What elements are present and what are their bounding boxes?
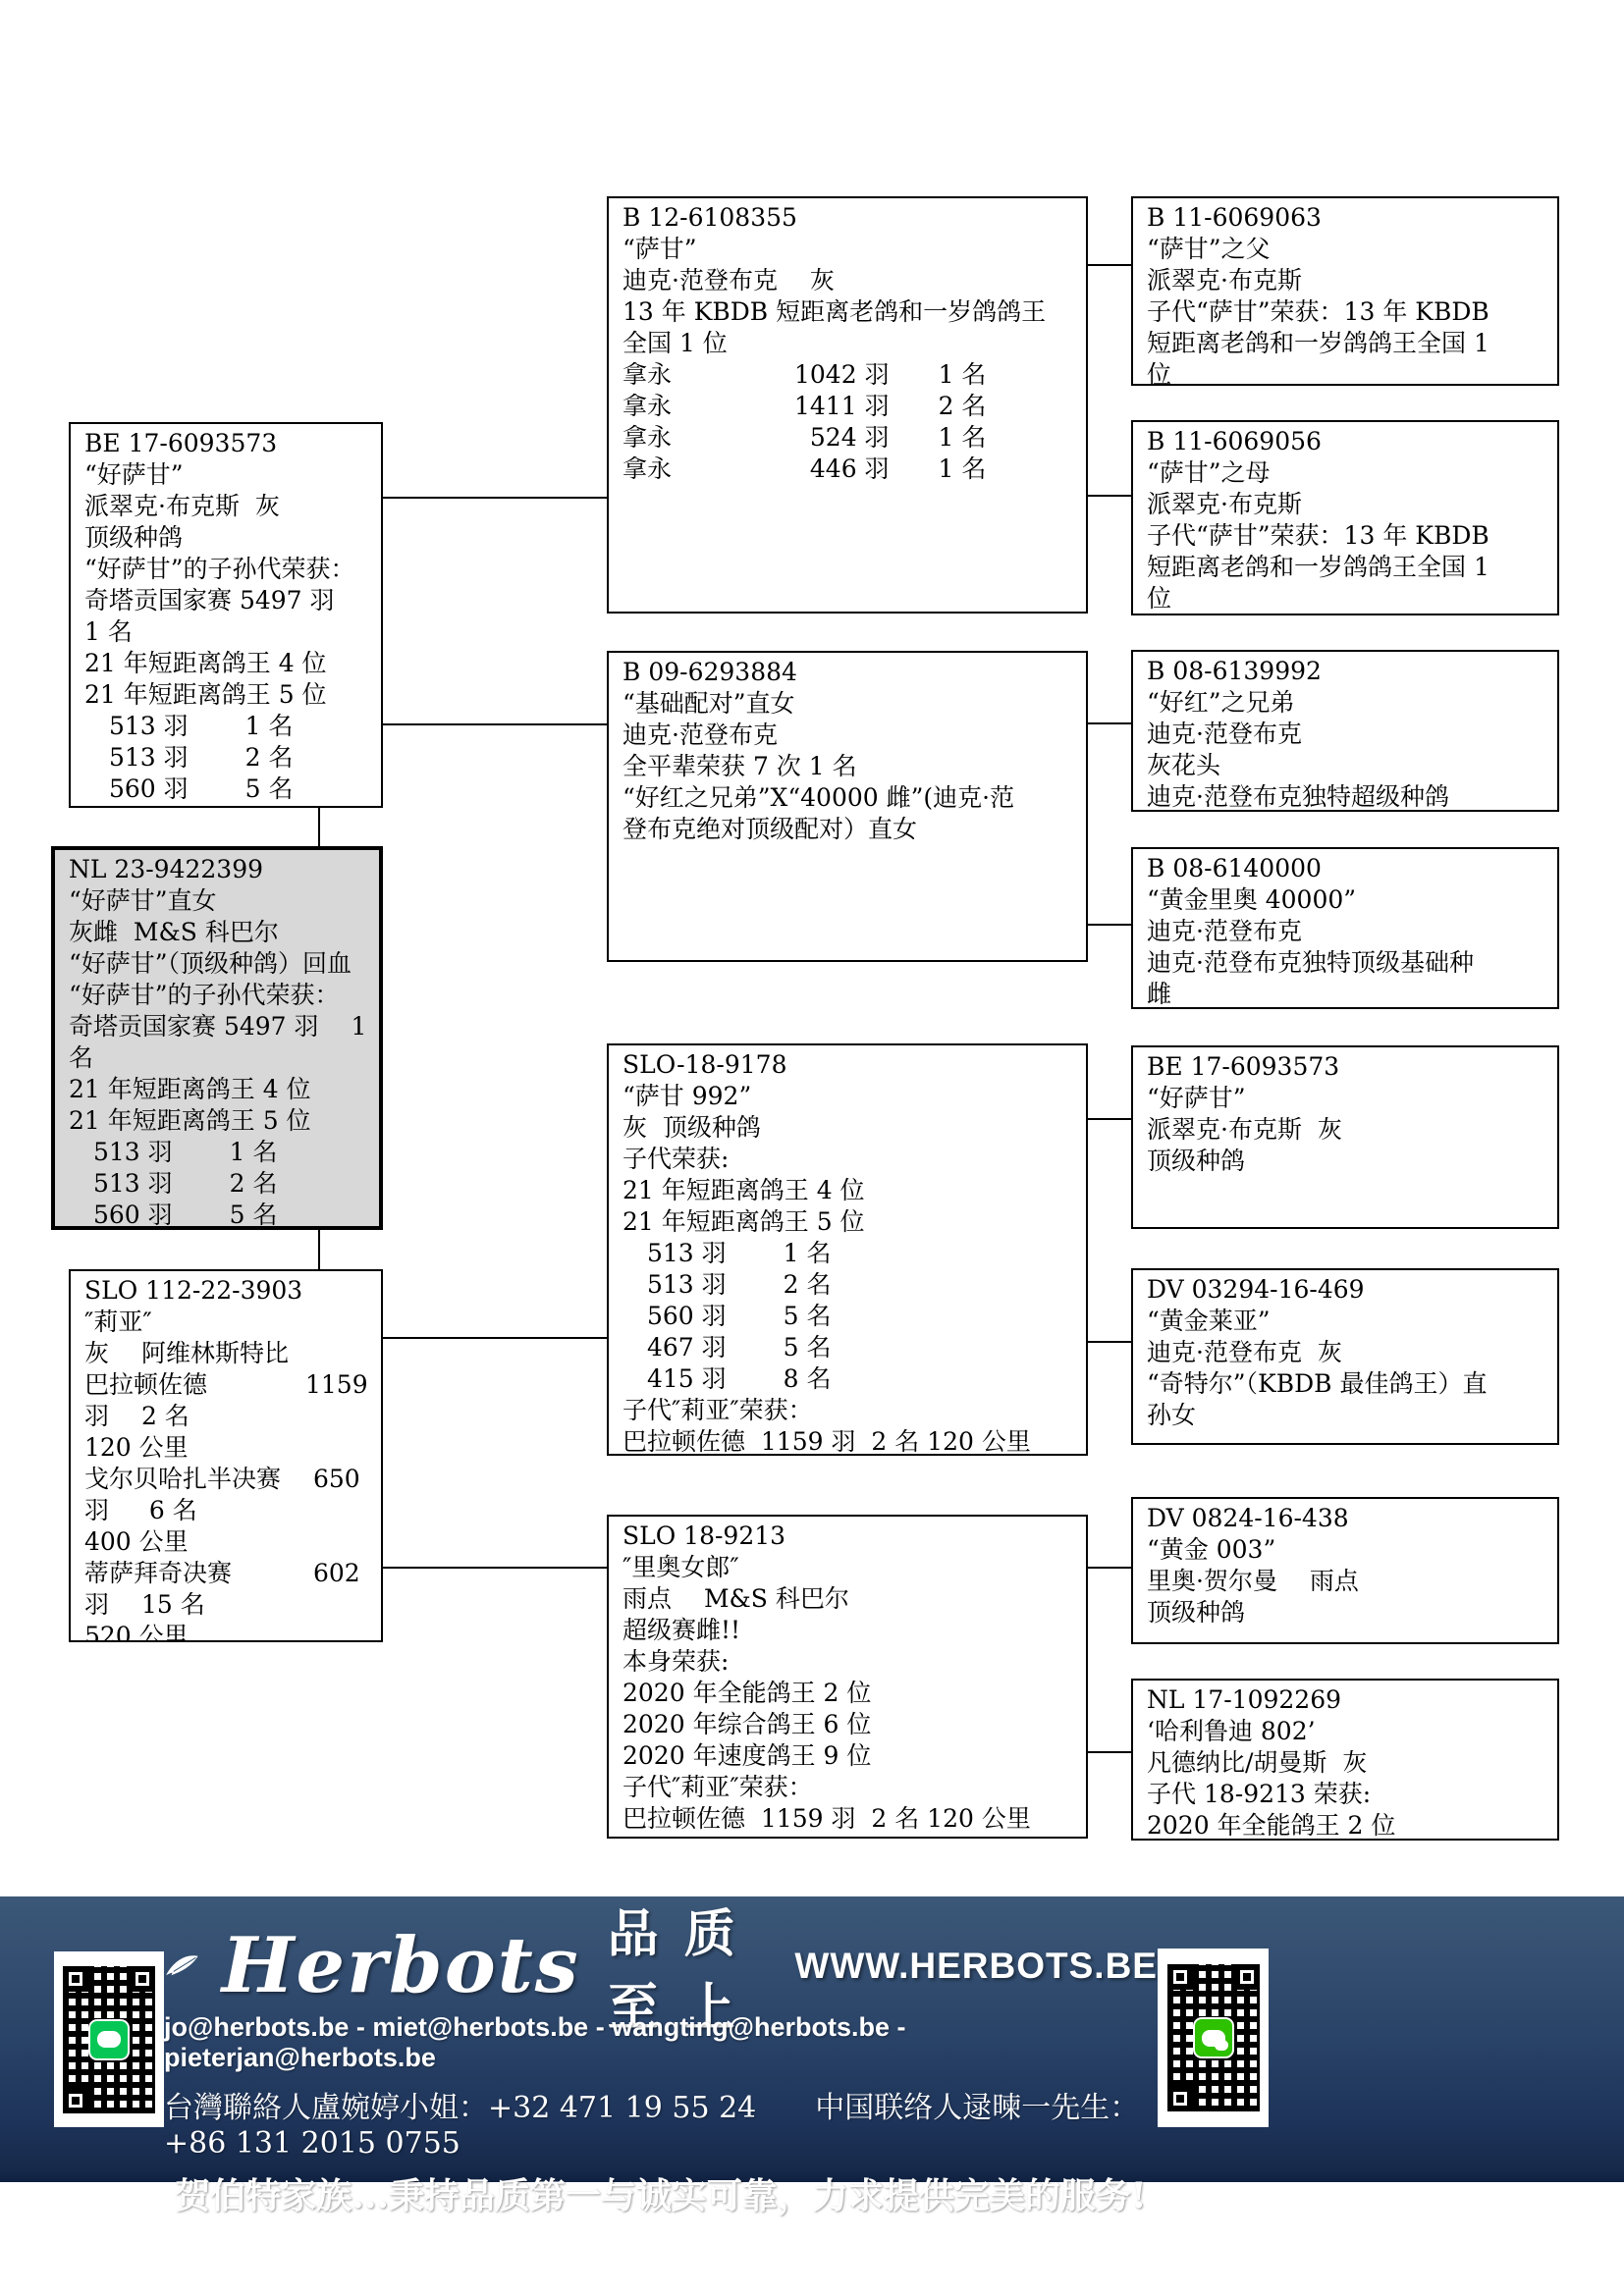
pedigree-text-line: 迪克·范登布克 (623, 720, 1078, 751)
pedigree-text-line: B 08-6139992 (1147, 656, 1549, 687)
pedigree-text-line: NL 23-9422399 (69, 854, 371, 885)
pedigree-box-dam-sire: SLO-18-9178“萨甘 992”灰 顶级种鸽子代荣获:21 年短距离鸽王 … (607, 1043, 1088, 1456)
pedigree-text-line: 513 羽 2 名 (623, 1269, 1078, 1301)
pedigree-text-line: 2020 年综合鸽王 6 位 (623, 1709, 1078, 1740)
pedigree-text-line: “好萨甘”直女 (69, 885, 371, 917)
pedigree-text-line: “好萨甘” (1147, 1083, 1549, 1114)
pedigree-text-line: 13 年 KBDB 短距离老鸽和一岁鸽鸽王 (623, 296, 1078, 328)
pedigree-text-line: 位 (1147, 359, 1549, 386)
pedigree-text-line: 520 公里 (84, 1621, 373, 1642)
pedigree-text-line: 迪克·范登布克 灰 (1147, 1337, 1549, 1368)
pedigree-box-sire: BE 17-6093573“好萨甘”派翠克·布克斯 灰顶级种鸽“好萨甘”的子孙代… (69, 422, 383, 808)
connector-grandsire-to-ggp5 (1088, 1118, 1131, 1120)
connector-sire-to-granddam (383, 723, 607, 725)
pedigree-text-line: B 09-6293884 (623, 657, 1078, 688)
pedigree-text-line: “黄金 003” (1147, 1534, 1549, 1566)
email-addresses: jo@herbots.be - miet@herbots.be - wangti… (164, 2012, 1158, 2073)
pedigree-text-line: 子代 18-9213 荣获: (1147, 1779, 1549, 1810)
pedigree-text-line: 灰雌 M&S 科巴尔 (69, 917, 371, 948)
pedigree-text-line: 513 羽 1 名 (69, 1137, 371, 1168)
pedigree-text-line: “萨甘”之母 (1147, 457, 1549, 489)
pedigree-box-dam-sire-dam: DV 03294-16-469“黄金莱亚”迪克·范登布克 灰“奇特尔”（KBDB… (1131, 1268, 1559, 1445)
pedigree-text-line: 本身荣获: (623, 1646, 1078, 1678)
connector-granddam-to-ggp7 (1088, 1567, 1131, 1569)
pedigree-text-line: 21 年短距离鸽王 5 位 (69, 1105, 371, 1137)
pedigree-text-line: ″莉亚″ (84, 1307, 373, 1338)
pedigree-text-line: 21 年短距离鸽王 5 位 (623, 1206, 1078, 1238)
connector-grandsire-to-ggp1 (1088, 264, 1131, 266)
pedigree-text-line: ″里奥女郎″ (623, 1552, 1078, 1583)
herbots-logo: Herbots (222, 1928, 580, 2004)
website-url: WWW.HERBOTS.BE (794, 1946, 1158, 1987)
pedigree-box-dam-dam-sire: DV 0824-16-438“黄金 003”里奥·贺尔曼 雨点顶级种鸽 (1131, 1497, 1559, 1644)
footer-content: Herbots 品质至上 WWW.HERBOTS.BE jo@herbots.b… (164, 1896, 1158, 2182)
pedigree-text-line: 短距离老鸽和一岁鸽鸽王全国 1 (1147, 552, 1549, 583)
pedigree-text-line: “萨甘” (623, 234, 1078, 265)
pedigree-text-line: “黄金里奥 40000” (1147, 884, 1549, 916)
pedigree-text-line: 派翠克·布克斯 灰 (84, 491, 373, 522)
pedigree-text-line: 513 羽 2 名 (84, 742, 373, 774)
pedigree-text-line: 全国 1 位 (623, 328, 1078, 359)
pedigree-text-line: 467 羽 5 名 (623, 1332, 1078, 1363)
pedigree-text-line: 巴拉顿佐德 1159 羽 2 名 (84, 1369, 373, 1432)
pedigree-text-line: 560 羽 5 名 (69, 1200, 371, 1230)
pedigree-text-line: 孙女 (1147, 1400, 1549, 1431)
footer-slogan: 贺伯特家族...秉持品质第一与诚实可靠，力求提供完美的服务! (175, 2168, 1146, 2218)
pedigree-text-line: 2020 年全能鸽王 2 位 (1147, 1810, 1549, 1841)
connector-grandsire-to-ggp2 (1088, 495, 1131, 497)
pedigree-text-line: 子代“萨甘”荣获：13 年 KBDB (1147, 520, 1549, 552)
pedigree-page: { "colors": { "box_border": "#000000", "… (0, 0, 1624, 2296)
contact-persons: 台灣聯絡人盧婉婷小姐：+32 471 19 55 24 中国联络人逯暕一先生：+… (164, 2083, 1158, 2161)
feather-icon (164, 1944, 200, 1989)
wechat-app-icon (1193, 2017, 1234, 2058)
pedigree-text-line: 拿永 524 羽 1 名 (623, 422, 1078, 454)
pedigree-text-line: 拿永 1042 羽 1 名 (623, 359, 1078, 391)
pedigree-text-line: 短距离老鸽和一岁鸽鸽王全国 1 (1147, 328, 1549, 359)
connector-dam-to-granddam (383, 1567, 607, 1569)
pedigree-text-line: 全平辈荣获 7 次 1 名 (623, 751, 1078, 782)
pedigree-text-line: 子代荣获: (623, 1144, 1078, 1175)
pedigree-box-subject: NL 23-9422399“好萨甘”直女灰雌 M&S 科巴尔“好萨甘”（顶级种鸽… (51, 846, 383, 1230)
pedigree-text-line: 560 羽 5 名 (623, 1301, 1078, 1332)
pedigree-text-line: BE 17-6093573 (1147, 1051, 1549, 1083)
footer-banner: Herbots 品质至上 WWW.HERBOTS.BE jo@herbots.b… (0, 1896, 1624, 2182)
connector-granddam-to-ggp8 (1088, 1751, 1131, 1753)
pedigree-text-line: “萨甘”之父 (1147, 234, 1549, 265)
connector-subject-to-dam (318, 1230, 320, 1269)
pedigree-text-line: 2020 年速度鸽王 9 位 (623, 1740, 1078, 1772)
pedigree-text-line: 拿永 1411 羽 2 名 (623, 391, 1078, 422)
pedigree-text-line: 467 羽 5 名 (84, 805, 373, 808)
pedigree-text-line: B 11-6069063 (1147, 202, 1549, 234)
pedigree-text-line: 拿永 446 羽 1 名 (623, 454, 1078, 485)
pedigree-text-line: 21 年短距离鸽王 5 位 (84, 679, 373, 711)
pedigree-text-line: 顶级种鸽 (1147, 1146, 1549, 1177)
connector-subject-to-sire (318, 808, 320, 846)
pedigree-text-line: 子代″莉亚″荣获： (623, 1772, 1078, 1803)
pedigree-text-line: 560 羽 5 名 (84, 774, 373, 805)
pedigree-text-line: ‘哈利鲁迪 802’ (1147, 1716, 1549, 1747)
pedigree-text-line: 513 羽 1 名 (623, 1238, 1078, 1269)
pedigree-text-line: 120 公里 (84, 1432, 373, 1464)
pedigree-text-line: 巴拉顿佐德 1159 羽 2 名 120 公里 (623, 1426, 1078, 1456)
connector-dam-to-grandsire (383, 1337, 607, 1339)
pedigree-text-line: 迪克·范登布克 灰 (623, 265, 1078, 296)
pedigree-text-line: B 08-6140000 (1147, 853, 1549, 884)
pedigree-text-line: 迪克·范登布克 (1147, 719, 1549, 750)
pedigree-text-line: 子代“萨甘”荣获：13 年 KBDB (1147, 296, 1549, 328)
line-app-icon (88, 2019, 130, 2060)
pedigree-text-line: 415 羽 8 名 (623, 1363, 1078, 1395)
pedigree-text-line: 513 羽 2 名 (69, 1168, 371, 1200)
pedigree-text-line: “好萨甘” (84, 459, 373, 491)
pedigree-text-line: 子代″莉亚″荣获： (623, 1395, 1078, 1426)
pedigree-text-line: “好萨甘”的子孙代荣获： (69, 980, 371, 1011)
pedigree-text-line: “好红之兄弟”X“40000 雌”(迪克·范 (623, 782, 1078, 814)
logo-row: Herbots 品质至上 WWW.HERBOTS.BE (164, 1924, 1158, 2008)
qr-finder-icon (63, 1966, 88, 1992)
pedigree-text-line: 派翠克·布克斯 灰 (1147, 1114, 1549, 1146)
pedigree-box-dam-sire-sire: BE 17-6093573“好萨甘”派翠克·布克斯 灰顶级种鸽 (1131, 1045, 1559, 1229)
pedigree-text-line: “萨甘 992” (623, 1081, 1078, 1112)
pedigree-text-line: 灰 顶级种鸽 (623, 1112, 1078, 1144)
pedigree-text-line: NL 17-1092269 (1147, 1684, 1549, 1716)
pedigree-text-line: 513 羽 1 名 (84, 711, 373, 742)
pedigree-text-line: 400 公里 (84, 1526, 373, 1558)
pedigree-text-line: 2020 年全能鸽王 2 位 (623, 1678, 1078, 1709)
pedigree-text-line: 奇塔贡国家赛 5497 羽 1 名 (84, 585, 373, 648)
speech-bubble-icon (1215, 2040, 1228, 2051)
pedigree-text-line: DV 0824-16-438 (1147, 1503, 1549, 1534)
pedigree-text-line: 超级赛雌!! (623, 1615, 1078, 1646)
pedigree-text-line: SLO-18-9178 (623, 1049, 1078, 1081)
pedigree-text-line: 21 年短距离鸽王 4 位 (623, 1175, 1078, 1206)
pedigree-text-line: “黄金莱亚” (1147, 1306, 1549, 1337)
pedigree-box-dam-dam-dam: NL 17-1092269‘哈利鲁迪 802’凡德纳比/胡曼斯 灰子代 18-9… (1131, 1679, 1559, 1841)
pedigree-box-sire-dam: B 09-6293884“基础配对”直女迪克·范登布克全平辈荣获 7 次 1 名… (607, 651, 1088, 962)
connector-sire-to-grandsire (383, 497, 607, 499)
qr-finder-icon (1167, 1964, 1193, 1990)
pedigree-text-line: B 12-6108355 (623, 202, 1078, 234)
pedigree-text-line: 迪克·范登布克 (1147, 916, 1549, 947)
connector-granddam-to-ggp4 (1088, 924, 1131, 926)
pedigree-text-line: 位 (1147, 583, 1549, 614)
pedigree-text-line: BE 17-6093573 (84, 428, 373, 459)
pedigree-text-line: SLO 112-22-3903 (84, 1275, 373, 1307)
pedigree-text-line: 顶级种鸽 (84, 522, 373, 554)
pedigree-box-sire-sire-dam: B 11-6069056“萨甘”之母派翠克·布克斯子代“萨甘”荣获：13 年 K… (1131, 420, 1559, 615)
pedigree-text-line: “好红”之兄弟 (1147, 687, 1549, 719)
wechat-qr-code (1158, 1949, 1269, 2127)
pedigree-text-line: 巴拉顿佐德 1159 羽 2 名 120 公里 (623, 1803, 1078, 1835)
pedigree-text-line: 凡德纳比/胡曼斯 灰 (1147, 1747, 1549, 1779)
qr-pattern (1167, 1964, 1260, 2111)
pedigree-text-line: 顶级种鸽 (1147, 1597, 1549, 1629)
pedigree-text-line: 戈尔贝哈扎半决赛 650 羽 6 名 (84, 1464, 373, 1526)
qr-pattern (63, 1966, 155, 2113)
line-qr-code (54, 1951, 164, 2127)
pedigree-text-line: 灰花头 (1147, 750, 1549, 781)
pedigree-text-line: 雨点 M&S 科巴尔 (623, 1583, 1078, 1615)
pedigree-text-line: “好萨甘”（顶级种鸽）回血 (69, 948, 371, 980)
pedigree-box-sire-sire-sire: B 11-6069063“萨甘”之父派翠克·布克斯子代“萨甘”荣获：13 年 K… (1131, 196, 1559, 386)
qr-finder-icon (1167, 2086, 1193, 2111)
connector-grandsire-to-ggp6 (1088, 1341, 1131, 1343)
pedigree-text-line: 奇塔贡国家赛 5497 羽 1 名 (69, 1011, 371, 1074)
pedigree-text-line: 蒂萨拜奇决赛 602 羽 15 名 (84, 1558, 373, 1621)
qr-finder-icon (130, 1966, 155, 1992)
qr-finder-icon (1234, 1964, 1260, 1990)
pedigree-text-line: B 11-6069056 (1147, 426, 1549, 457)
pedigree-text-line: 雌 (1147, 979, 1549, 1009)
pedigree-text-line: 派翠克·布克斯 (1147, 489, 1549, 520)
pedigree-text-line: SLO 18-9213 (623, 1521, 1078, 1552)
pedigree-text-line: 迪克·范登布克独特顶级基础种 (1147, 947, 1549, 979)
pedigree-box-sire-dam-sire: B 08-6139992“好红”之兄弟迪克·范登布克灰花头迪克·范登布克独特超级… (1131, 650, 1559, 812)
pedigree-text-line: 迪克·范登布克独特超级种鸽 (1147, 781, 1549, 812)
pedigree-text-line: “奇特尔”（KBDB 最佳鸽王）直 (1147, 1368, 1549, 1400)
pedigree-text-line: 21 年短距离鸽王 4 位 (69, 1074, 371, 1105)
pedigree-text-line: “基础配对”直女 (623, 688, 1078, 720)
connector-granddam-to-ggp3 (1088, 722, 1131, 724)
pedigree-text-line: 灰 阿维林斯特比 (84, 1338, 373, 1369)
pedigree-text-line: 21 年短距离鸽王 4 位 (84, 648, 373, 679)
pedigree-box-sire-sire: B 12-6108355“萨甘”迪克·范登布克 灰13 年 KBDB 短距离老鸽… (607, 196, 1088, 614)
pedigree-text-line: 里奥·贺尔曼 雨点 (1147, 1566, 1549, 1597)
pedigree-box-dam: SLO 112-22-3903″莉亚″灰 阿维林斯特比巴拉顿佐德 1159 羽 … (69, 1269, 383, 1642)
speech-bubble-icon (97, 2031, 121, 2048)
pedigree-text-line: “好萨甘”的子孙代荣获： (84, 554, 373, 585)
pedigree-box-dam-dam: SLO 18-9213″里奥女郎″雨点 M&S 科巴尔超级赛雌!!本身荣获:20… (607, 1515, 1088, 1839)
pedigree-text-line: 登布克绝对顶级配对）直女 (623, 814, 1078, 845)
pedigree-text-line: DV 03294-16-469 (1147, 1274, 1549, 1306)
pedigree-box-sire-dam-dam: B 08-6140000“黄金里奥 40000”迪克·范登布克迪克·范登布克独特… (1131, 847, 1559, 1009)
qr-finder-icon (63, 2088, 88, 2113)
pedigree-text-line: 派翠克·布克斯 (1147, 265, 1549, 296)
